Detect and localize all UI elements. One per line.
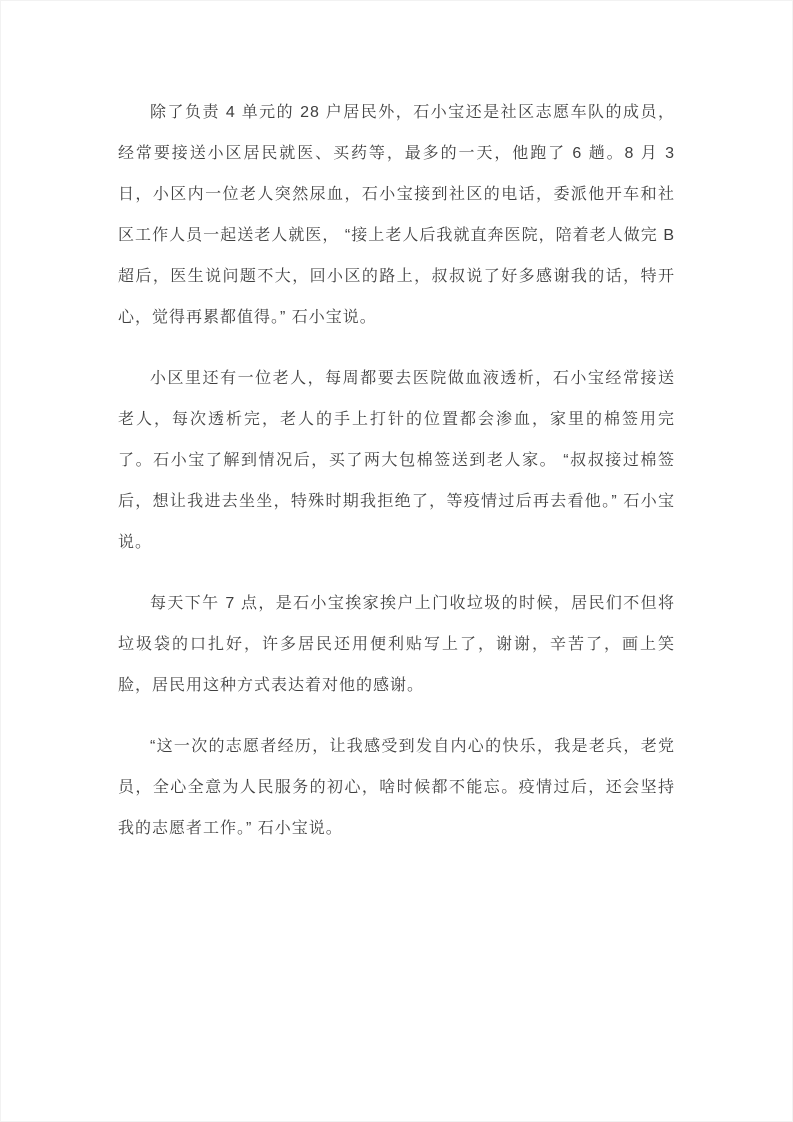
document-page: 除了负责 4 单元的 28 户居民外，石小宝还是社区志愿车队的成员，经常要接送小…: [0, 0, 793, 1122]
paragraph-3: 每天下午 7 点，是石小宝挨家挨户上门收垃圾的时候，居民们不但将垃圾袋的口扎好，…: [118, 583, 675, 706]
paragraph-4: “这一次的志愿者经历，让我感受到发自内心的快乐，我是老兵，老党员，全心全意为人民…: [118, 726, 675, 849]
paragraph-2: 小区里还有一位老人，每周都要去医院做血液透析，石小宝经常接送老人，每次透析完，老…: [118, 358, 675, 563]
paragraph-1: 除了负责 4 单元的 28 户居民外，石小宝还是社区志愿车队的成员，经常要接送小…: [118, 92, 675, 338]
